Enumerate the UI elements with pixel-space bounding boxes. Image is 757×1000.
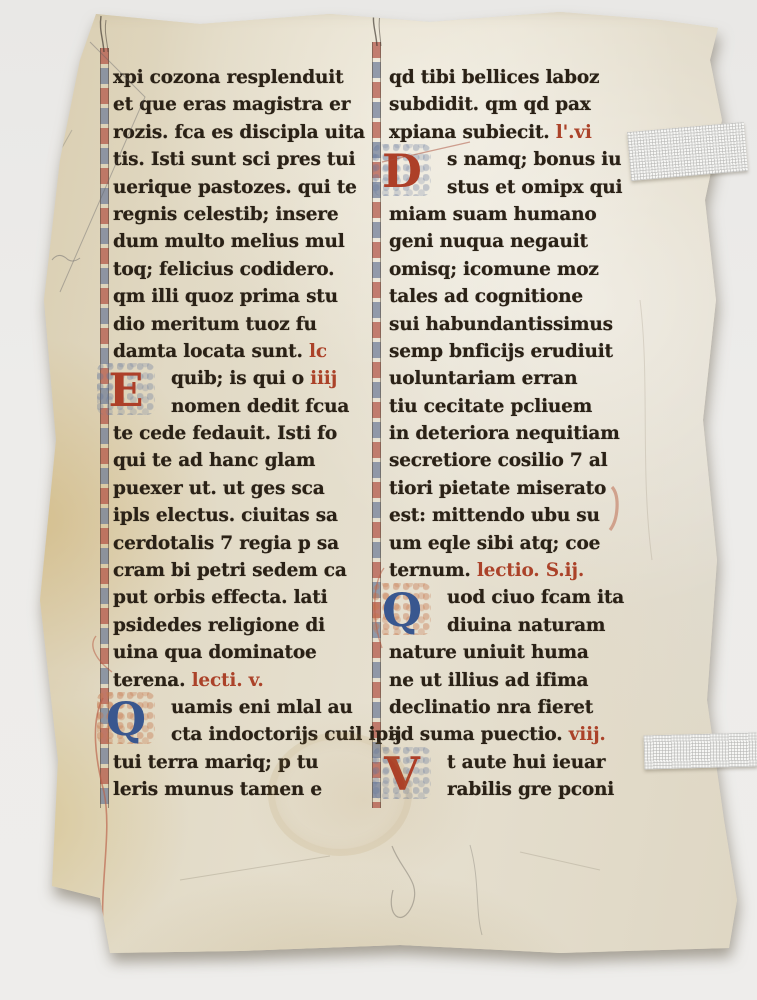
text-line: ad suma puectio. viij. (389, 721, 651, 748)
rubric-text: iiij (310, 368, 337, 389)
body-text: subdidit. qm qd pax (389, 94, 591, 115)
mounting-tape-bottom (644, 733, 757, 770)
text-line: tiori pietate miserato (389, 475, 651, 502)
text-line: secretiore cosilio 7 al (389, 447, 651, 474)
body-text: rozis. fca es discipla uita (113, 122, 365, 143)
body-text: nature uniuit huma (389, 642, 589, 663)
text-line: tis. Isti sunt sci pres tui (113, 146, 371, 173)
body-text: s namq; bonus iu (447, 149, 621, 170)
text-line: cram bi petri sedem ca (113, 557, 371, 584)
body-text: nomen dedit fcua (171, 396, 349, 417)
text-line: psidedes religione di (113, 612, 371, 639)
text-line: sui habundantissimus (389, 311, 651, 338)
text-line: cerdotalis 7 regia p sa (113, 530, 371, 557)
body-text: damta locata sunt. (113, 341, 303, 362)
text-line: uina qua dominatoe (113, 639, 371, 666)
body-text: tui terra mariq; p tu (113, 752, 318, 773)
text-line: um eqle sibi atq; coe (389, 530, 651, 557)
body-text: uamis eni mlal au (171, 697, 353, 718)
body-text: terena. (113, 670, 192, 691)
body-text: puexer ut. ut ges sca (113, 478, 325, 499)
body-text: geni nuqua negauit (389, 231, 588, 252)
text-line: put orbis effecta. lati (113, 584, 371, 611)
body-text: diuina naturam (447, 615, 605, 636)
text-line: tui terra mariq; p tu (113, 749, 371, 776)
text-line: in deteriora nequitiam (389, 420, 651, 447)
body-text: qd tibi bellices laboz (389, 67, 599, 88)
photograph-of-manuscript-leaf: xpi cozona resplenduitet que eras magist… (0, 0, 757, 1000)
text-line: regnis celestib; insere (113, 201, 371, 228)
body-text: tiori pietate miserato (389, 478, 606, 499)
text-line: est: mittendo ubu su (389, 502, 651, 529)
initial-Q-blue-left: Q (97, 692, 155, 744)
text-line: ipls electus. ciuitas sa (113, 502, 371, 529)
rubric-text: l'.vi (556, 122, 592, 143)
text-column-right: qd tibi bellices labozsubdidit. qm qd pa… (389, 64, 651, 824)
body-text: est: mittendo ubu su (389, 505, 600, 526)
text-line: ternum. lectio. S.ij. (389, 557, 651, 584)
body-text: qm illi quoz prima stu (113, 286, 338, 307)
text-line: terena. lecti. v. (113, 667, 371, 694)
body-text: omisq; icomune moz (389, 259, 599, 280)
body-text: in deteriora nequitiam (389, 423, 620, 444)
initial-D-red: D (373, 144, 431, 196)
body-text: sui habundantissimus (389, 314, 613, 335)
mounting-tape-top (627, 122, 748, 181)
body-text: dum multo melius mul (113, 231, 345, 252)
body-text: xpiana subiecit. (389, 122, 556, 143)
body-text: miam suam humano (389, 204, 597, 225)
text-line: uoluntariam erran (389, 365, 651, 392)
body-text: et que eras magistra er (113, 94, 350, 115)
body-text: secretiore cosilio 7 al (389, 450, 607, 471)
text-line: nature uniuit huma (389, 639, 651, 666)
rubric-text: lectio. S.ij. (477, 560, 584, 581)
body-text: uod ciuo fcam ita (447, 587, 624, 608)
text-line: toq; felicius codidero. (113, 256, 371, 283)
initial-E-red: E (97, 363, 155, 415)
text-line: ne ut illius ad ifima (389, 667, 651, 694)
body-text: uerique pastozes. qui te (113, 177, 357, 198)
body-text: put orbis effecta. lati (113, 587, 327, 608)
text-line: dum multo melius mul (113, 228, 371, 255)
body-text: cta indoctorijs cuil ipij (171, 724, 401, 745)
body-text: t aute hui ieuar (447, 752, 605, 773)
body-text: cerdotalis 7 regia p sa (113, 533, 339, 554)
text-line: subdidit. qm qd pax (389, 91, 651, 118)
text-line: et que eras magistra er (113, 91, 371, 118)
body-text: tales ad cognitione (389, 286, 583, 307)
text-line: omisq; icomune moz (389, 256, 651, 283)
body-text: uoluntariam erran (389, 368, 577, 389)
text-line: te cede fedauit. Isti fo (113, 420, 371, 447)
text-line: tales ad cognitione (389, 283, 651, 310)
body-text: declinatio nra fieret (389, 697, 593, 718)
body-text: tis. Isti sunt sci pres tui (113, 149, 355, 170)
text-line: damta locata sunt. lc (113, 338, 371, 365)
body-text: leris munus tamen e (113, 779, 322, 800)
body-text: te cede fedauit. Isti fo (113, 423, 337, 444)
text-line: rozis. fca es discipla uita (113, 119, 371, 146)
rubric-text: viij. (569, 724, 606, 745)
body-text: rabilis gre pconi (447, 779, 614, 800)
text-line: qd tibi bellices laboz (389, 64, 651, 91)
body-text: ipls electus. ciuitas sa (113, 505, 338, 526)
body-text: qui te ad hanc glam (113, 450, 315, 471)
body-text: toq; felicius codidero. (113, 259, 334, 280)
body-text: ad suma puectio. (389, 724, 569, 745)
text-line: qui te ad hanc glam (113, 447, 371, 474)
text-line: miam suam humano (389, 201, 651, 228)
text-line: dio meritum tuoz fu (113, 311, 371, 338)
text-column-left: xpi cozona resplenduitet que eras magist… (113, 64, 371, 824)
body-text: ternum. (389, 560, 477, 581)
text-line: xpi cozona resplenduit (113, 64, 371, 91)
text-line: semp bnficijs erudiuit (389, 338, 651, 365)
body-text: um eqle sibi atq; coe (389, 533, 600, 554)
body-text: semp bnficijs erudiuit (389, 341, 613, 362)
body-text: dio meritum tuoz fu (113, 314, 317, 335)
rubric-text: lc (303, 341, 327, 362)
text-line: uerique pastozes. qui te (113, 174, 371, 201)
body-text: regnis celestib; insere (113, 204, 338, 225)
body-text: uina qua dominatoe (113, 642, 317, 663)
initial-V-red: V (373, 747, 431, 799)
body-text: quib; is qui o (171, 368, 310, 389)
body-text: tiu cecitate pcliuem (389, 396, 592, 417)
text-line: xpiana subiecit. l'.vi (389, 119, 651, 146)
body-text: stus et omipx qui (447, 177, 622, 198)
text-line: leris munus tamen e (113, 776, 371, 803)
text-line: qm illi quoz prima stu (113, 283, 371, 310)
body-text: xpi cozona resplenduit (113, 67, 343, 88)
body-text: cram bi petri sedem ca (113, 560, 347, 581)
text-line: puexer ut. ut ges sca (113, 475, 371, 502)
text-line: geni nuqua negauit (389, 228, 651, 255)
text-line: declinatio nra fieret (389, 694, 651, 721)
rubric-text: lecti. v. (192, 670, 264, 691)
body-text: psidedes religione di (113, 615, 325, 636)
body-text: ne ut illius ad ifima (389, 670, 588, 691)
text-line: tiu cecitate pcliuem (389, 393, 651, 420)
initial-Q-blue-right: Q (373, 583, 431, 635)
